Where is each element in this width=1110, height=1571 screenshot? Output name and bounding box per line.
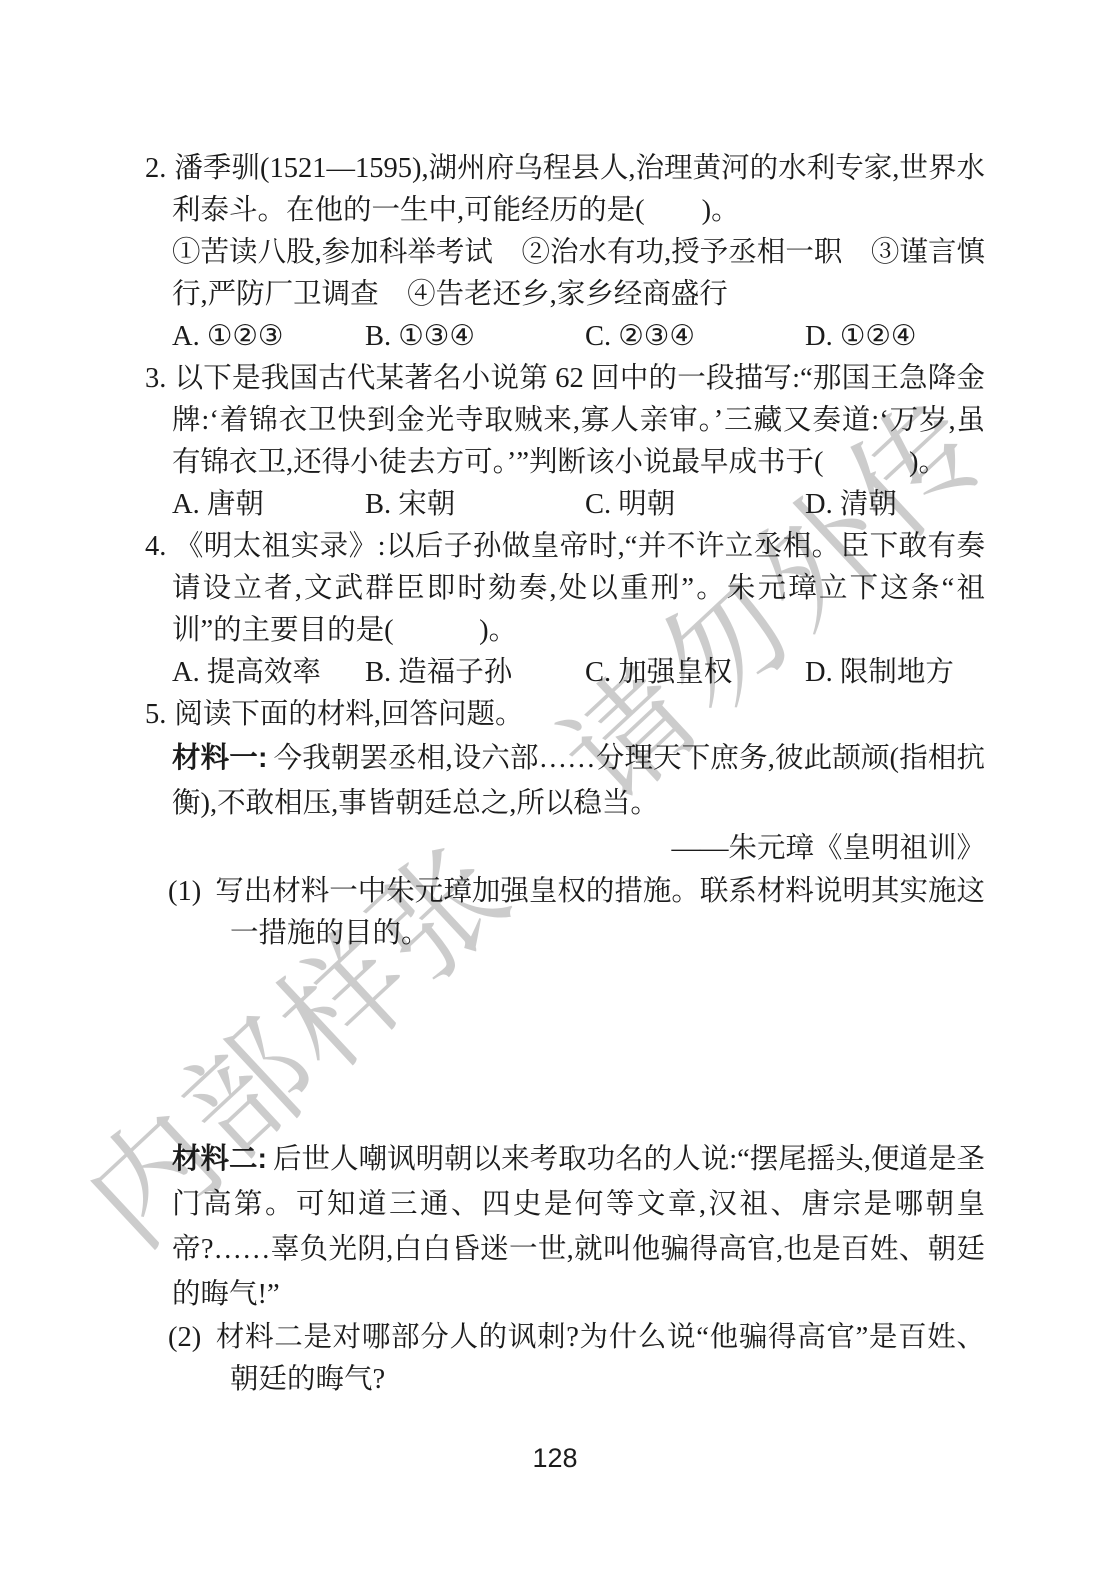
question-5: 5.阅读下面的材料,回答问题。 材料一:今我朝罢丞相,设六部……分理天下庶务,彼… xyxy=(145,694,985,1401)
material-2-text: 后世人嘲讽明朝以来考取功名的人说:“摆尾摇头,便道是圣门高第。可知道三通、四史是… xyxy=(172,1144,985,1310)
question-5-sub-1-text: 写出材料一中朱元璋加强皇权的措施。联系材料说明其实施这一措施的目的。 xyxy=(215,876,985,949)
question-5-sub-1: (1)写出材料一中朱元璋加强皇权的措施。联系材料说明其实施这一措施的目的。 xyxy=(145,871,985,955)
material-1-source: ——朱元璋《皇明祖训》 xyxy=(145,826,985,871)
question-3-options: A. 唐朝 B. 宋朝 C. 明朝 D. 清朝 xyxy=(145,484,985,526)
question-2-option-a: A. ①②③ xyxy=(172,316,365,358)
question-2-stem: 2.潘季驯(1521—1595),湖州府乌程县人,治理黄河的水利专家,世界水利泰… xyxy=(145,148,985,232)
material-1-text: 今我朝罢丞相,设六部……分理天下庶务,彼此颉颃(指相抗衡),不敢相压,事皆朝廷总… xyxy=(172,743,985,819)
question-2-number: 2. xyxy=(145,153,166,184)
question-5-sub-2-text: 材料二是对哪部分人的讽刺?为什么说“他骗得高官”是百姓、朝廷的晦气? xyxy=(215,1322,985,1395)
question-3-option-b: B. 宋朝 xyxy=(365,484,585,526)
question-3: 3.以下是我国古代某著名小说第 62 回中的一段描写:“那国王急降金牌:‘着锦衣… xyxy=(145,358,985,526)
question-2-stem-text: 潘季驯(1521—1595),湖州府乌程县人,治理黄河的水利专家,世界水利泰斗。… xyxy=(172,153,985,226)
material-1: 材料一:今我朝罢丞相,设六部……分理天下庶务,彼此颉颃(指相抗衡),不敢相压,事… xyxy=(145,736,985,826)
question-4-options: A. 提高效率 B. 造福子孙 C. 加强皇权 D. 限制地方 xyxy=(145,652,985,694)
question-4-option-b: B. 造福子孙 xyxy=(365,652,585,694)
question-3-stem-text: 以下是我国古代某著名小说第 62 回中的一段描写:“那国王急降金牌:‘着锦衣卫快… xyxy=(172,363,985,478)
question-5-number: 5. xyxy=(145,699,166,730)
material-2: 材料二:后世人嘲讽明朝以来考取功名的人说:“摆尾摇头,便道是圣门高第。可知道三通… xyxy=(145,1137,985,1317)
material-1-label: 材料一: xyxy=(172,742,267,774)
material-2-label: 材料二: xyxy=(172,1143,267,1175)
question-4-number: 4. xyxy=(145,531,166,562)
question-5-sub-2: (2)材料二是对哪部分人的讽刺?为什么说“他骗得高官”是百姓、朝廷的晦气? xyxy=(145,1317,985,1401)
exam-page-content: 2.潘季驯(1521—1595),湖州府乌程县人,治理黄河的水利专家,世界水利泰… xyxy=(0,0,1110,1401)
question-4-option-c: C. 加强皇权 xyxy=(585,652,805,694)
question-5-stem-text: 阅读下面的材料,回答问题。 xyxy=(174,699,523,730)
question-4-option-a: A. 提高效率 xyxy=(172,652,365,694)
question-2-option-b: B. ①③④ xyxy=(365,316,585,358)
question-2-option-d: D. ①②④ xyxy=(805,316,985,358)
question-2-option-c: C. ②③④ xyxy=(585,316,805,358)
question-2-items: ①苦读八股,参加科举考试 ②治水有功,授予丞相一职 ③谨言慎行,严防厂卫调查 ④… xyxy=(145,232,985,316)
question-4-stem: 4.《明太祖实录》:以后子孙做皇帝时,“并不许立丞相。臣下敢有奏请设立者,文武群… xyxy=(145,526,985,652)
question-3-stem: 3.以下是我国古代某著名小说第 62 回中的一段描写:“那国王急降金牌:‘着锦衣… xyxy=(145,358,985,484)
page-number: 128 xyxy=(0,1443,1110,1474)
question-5-sub-2-number: (2) xyxy=(168,1322,201,1353)
question-3-number: 3. xyxy=(145,363,166,394)
question-5-sub-1-number: (1) xyxy=(168,876,201,907)
question-4: 4.《明太祖实录》:以后子孙做皇帝时,“并不许立丞相。臣下敢有奏请设立者,文武群… xyxy=(145,526,985,694)
question-5-stem: 5.阅读下面的材料,回答问题。 xyxy=(145,694,985,736)
question-4-stem-text: 《明太祖实录》:以后子孙做皇帝时,“并不许立丞相。臣下敢有奏请设立者,文武群臣即… xyxy=(172,531,985,646)
question-4-option-d: D. 限制地方 xyxy=(805,652,985,694)
answer-space xyxy=(145,955,985,1137)
question-3-option-d: D. 清朝 xyxy=(805,484,985,526)
question-2: 2.潘季驯(1521—1595),湖州府乌程县人,治理黄河的水利专家,世界水利泰… xyxy=(145,148,985,358)
question-2-options: A. ①②③ B. ①③④ C. ②③④ D. ①②④ xyxy=(145,316,985,358)
question-3-option-c: C. 明朝 xyxy=(585,484,805,526)
question-3-option-a: A. 唐朝 xyxy=(172,484,365,526)
